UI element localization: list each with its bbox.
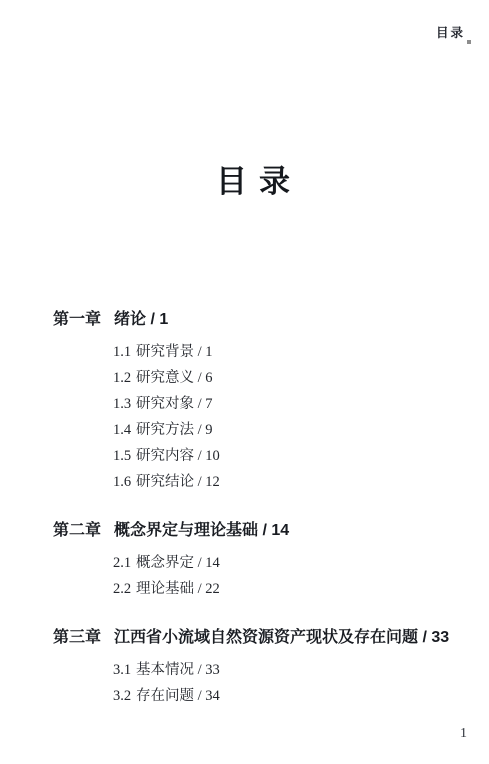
toc: 第一章绪论 / 1 1.1研究背景 / 1 1.2研究意义 / 6 1.3研究对… <box>53 308 469 709</box>
section-title: 研究结论 <box>136 474 194 490</box>
chapter-page-number: 14 <box>271 522 289 539</box>
chapter-label: 第一章 <box>53 308 101 332</box>
chapter-page-number: 1 <box>159 311 168 328</box>
section-separator: / <box>194 662 205 678</box>
section-number: 1.5 <box>113 443 136 469</box>
chapter-separator: / <box>418 629 431 646</box>
page-title: 目录 <box>53 156 465 201</box>
running-header: 目录 <box>436 23 465 41</box>
section-separator: / <box>194 688 205 704</box>
toc-chapter: 第二章概念界定与理论基础 / 14 2.1概念界定 / 14 2.2理论基础 /… <box>53 519 469 602</box>
section-page-number: 7 <box>205 396 212 412</box>
section-separator: / <box>194 474 205 490</box>
section-page-number: 34 <box>205 688 220 704</box>
chapter-label: 第二章 <box>53 519 101 543</box>
section-page-number: 9 <box>205 422 212 438</box>
section-title: 概念界定 <box>136 555 194 571</box>
section-separator: / <box>194 344 205 360</box>
chapter-heading: 第一章绪论 / 1 <box>53 308 469 332</box>
section-number: 3.2 <box>113 683 136 709</box>
chapter-page-number: 33 <box>431 629 449 646</box>
section-title: 理论基础 <box>136 581 194 597</box>
toc-section-row: 1.2研究意义 / 6 <box>53 365 469 391</box>
rule-end-square-icon <box>467 40 471 44</box>
running-header-label: 目录 <box>436 23 465 41</box>
chapter-label: 第三章 <box>53 626 101 650</box>
section-page-number: 22 <box>205 581 220 597</box>
book-page: { "running_header": { "label": "目录" }, "… <box>0 0 489 764</box>
toc-chapter: 第一章绪论 / 1 1.1研究背景 / 1 1.2研究意义 / 6 1.3研究对… <box>53 308 469 495</box>
toc-section-row: 3.2存在问题 / 34 <box>53 683 469 709</box>
toc-section-row: 2.1概念界定 / 14 <box>53 550 469 576</box>
section-title: 基本情况 <box>136 662 194 678</box>
section-title: 研究方法 <box>136 422 194 438</box>
section-number: 1.1 <box>113 339 136 365</box>
section-separator: / <box>194 555 205 571</box>
toc-section-row: 1.3研究对象 / 7 <box>53 391 469 417</box>
section-separator: / <box>194 396 205 412</box>
chapter-separator: / <box>258 522 271 539</box>
section-page-number: 12 <box>205 474 220 490</box>
section-number: 1.3 <box>113 391 136 417</box>
chapter-title: 江西省小流域自然资源资产现状及存在问题 <box>114 629 418 646</box>
section-number: 2.2 <box>113 576 136 602</box>
section-separator: / <box>194 422 205 438</box>
section-list: 1.1研究背景 / 1 1.2研究意义 / 6 1.3研究对象 / 7 1.4研… <box>53 339 469 495</box>
section-number: 2.1 <box>113 550 136 576</box>
section-title: 研究内容 <box>136 448 194 464</box>
section-page-number: 6 <box>205 370 212 386</box>
toc-section-row: 2.2理论基础 / 22 <box>53 576 469 602</box>
section-number: 1.2 <box>113 365 136 391</box>
section-number: 1.6 <box>113 469 136 495</box>
section-page-number: 33 <box>205 662 220 678</box>
toc-section-row: 3.1基本情况 / 33 <box>53 657 469 683</box>
section-title: 存在问题 <box>136 688 194 704</box>
section-number: 1.4 <box>113 417 136 443</box>
toc-section-row: 1.1研究背景 / 1 <box>53 339 469 365</box>
section-title: 研究对象 <box>136 396 194 412</box>
section-page-number: 14 <box>205 555 220 571</box>
section-separator: / <box>194 370 205 386</box>
section-list: 3.1基本情况 / 33 3.2存在问题 / 34 <box>53 657 469 709</box>
chapter-separator: / <box>146 311 159 328</box>
chapter-heading: 第三章江西省小流域自然资源资产现状及存在问题 / 33 <box>53 626 469 650</box>
section-title: 研究意义 <box>136 370 194 386</box>
section-list: 2.1概念界定 / 14 2.2理论基础 / 22 <box>53 550 469 602</box>
section-separator: / <box>194 581 205 597</box>
folio-page-number: 1 <box>460 726 467 742</box>
toc-chapter: 第三章江西省小流域自然资源资产现状及存在问题 / 33 3.1基本情况 / 33… <box>53 626 469 709</box>
section-title: 研究背景 <box>136 344 194 360</box>
chapter-title: 概念界定与理论基础 <box>114 522 258 539</box>
section-separator: / <box>194 448 205 464</box>
toc-section-row: 1.5研究内容 / 10 <box>53 443 469 469</box>
section-page-number: 1 <box>205 344 212 360</box>
chapter-title: 绪论 <box>114 311 146 328</box>
toc-section-row: 1.4研究方法 / 9 <box>53 417 469 443</box>
chapter-heading: 第二章概念界定与理论基础 / 14 <box>53 519 469 543</box>
section-number: 3.1 <box>113 657 136 683</box>
toc-section-row: 1.6研究结论 / 12 <box>53 469 469 495</box>
section-page-number: 10 <box>205 448 220 464</box>
